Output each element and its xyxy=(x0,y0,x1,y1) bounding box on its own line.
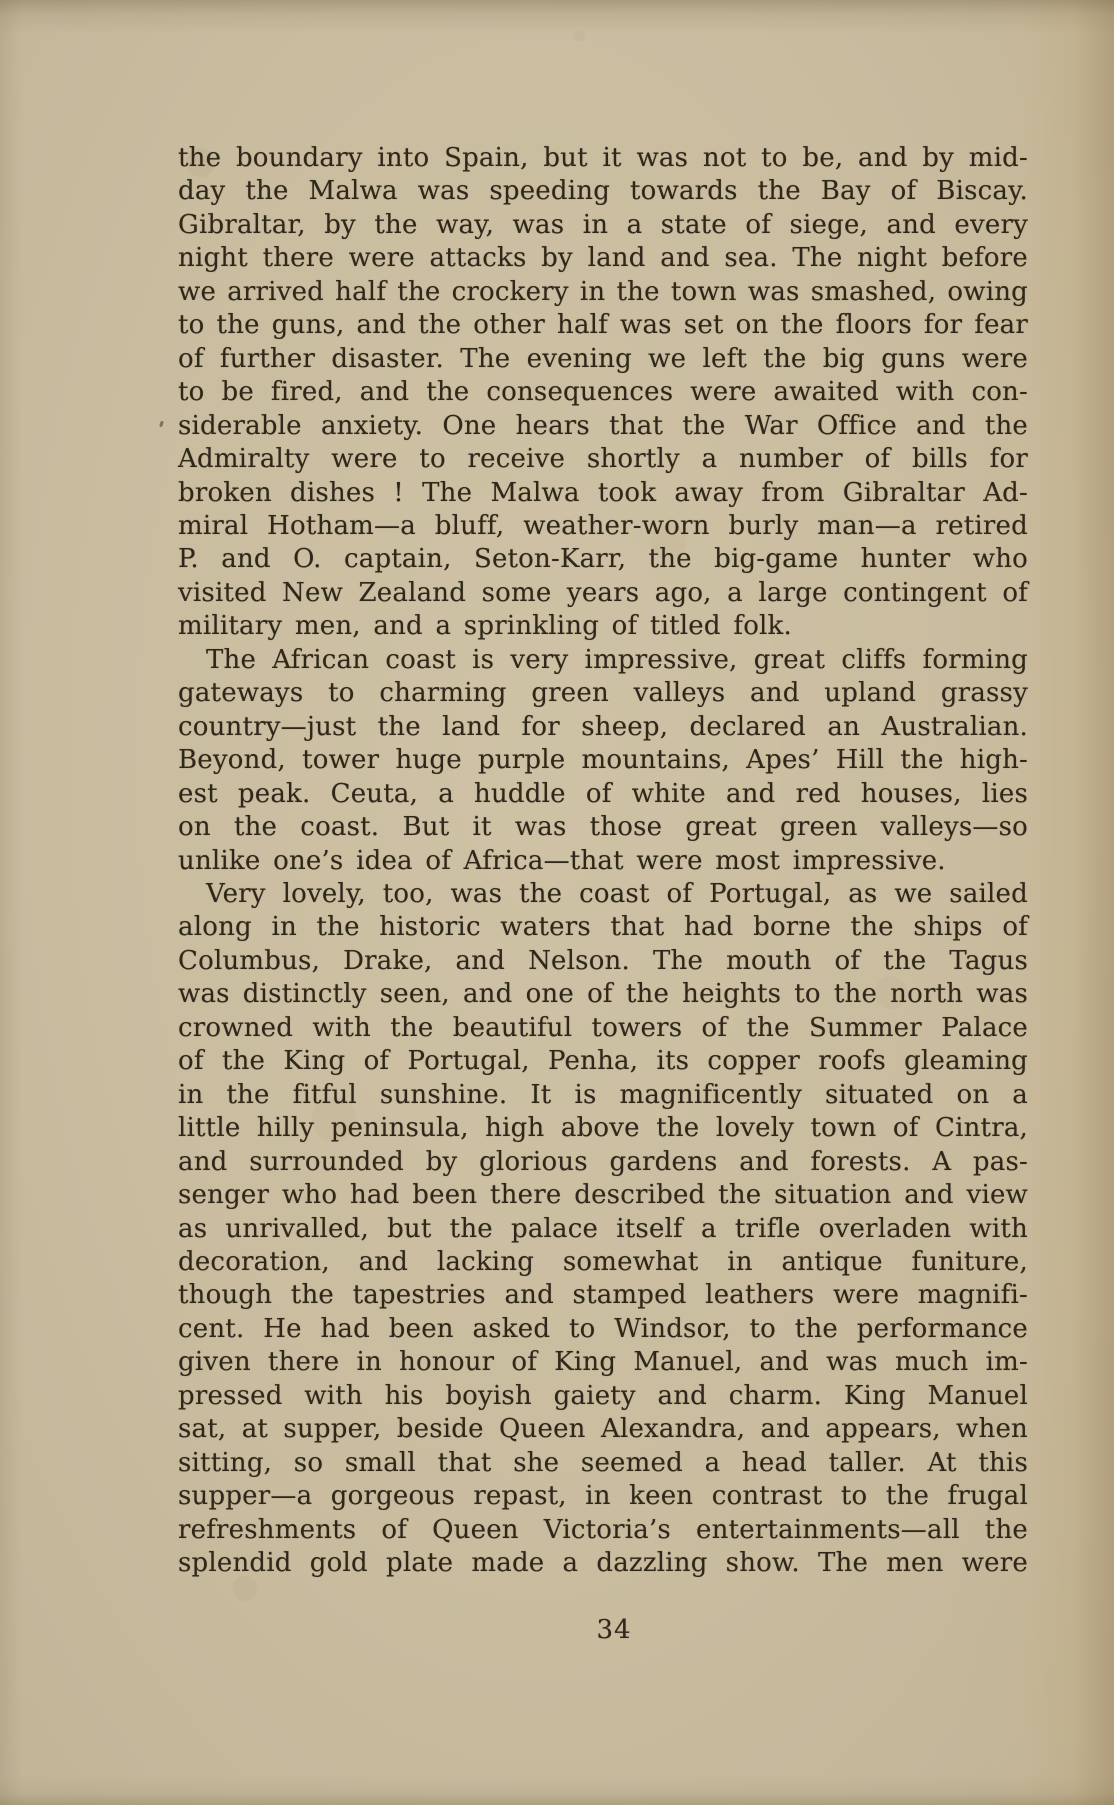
text-line: military men, and a sprinkling of titled… xyxy=(178,610,1028,643)
text-line: Columbus, Drake, and Nelson. The mouth o… xyxy=(178,945,1028,978)
text-line: The African coast is very impressive, gr… xyxy=(178,644,1028,677)
text-line: little hilly peninsula, high above the l… xyxy=(178,1112,1028,1145)
text-line: to be fired, and the consequences were a… xyxy=(178,376,1028,409)
text-line: pressed with his boyish gaiety and charm… xyxy=(178,1380,1028,1413)
text-line: sitting, so small that she seemed a head… xyxy=(178,1447,1028,1480)
text-line: the boundary into Spain, but it was not … xyxy=(178,142,1028,175)
text-line: visited New Zealand some years ago, a la… xyxy=(178,577,1028,610)
text-line: on the coast. But it was those great gre… xyxy=(178,811,1028,844)
text-line: gateways to charming green valleys and u… xyxy=(178,677,1028,710)
text-line: of the King of Portugal, Penha, its copp… xyxy=(178,1045,1028,1078)
text-line: day the Malwa was speeding towards the B… xyxy=(178,175,1028,208)
text-line: crowned with the beautiful towers of the… xyxy=(178,1012,1028,1045)
text-line: of further disaster. The evening we left… xyxy=(178,343,1028,376)
text-line: miral Hotham—a bluff, weather-worn burly… xyxy=(178,510,1028,543)
text-line: along in the historic waters that had bo… xyxy=(178,911,1028,944)
text-line: country—just the land for sheep, declare… xyxy=(178,711,1028,744)
text-line: broken dishes ! The Malwa took away from… xyxy=(178,477,1028,510)
text-line: given there in honour of King Manuel, an… xyxy=(178,1346,1028,1379)
text-line: and surrounded by glorious gardens and f… xyxy=(178,1146,1028,1179)
text-line: senger who had been there described the … xyxy=(178,1179,1028,1212)
page-number: 34 xyxy=(178,1615,1050,1645)
text-line: est peak. Ceuta, a huddle of white and r… xyxy=(178,778,1028,811)
text-line: siderable anxiety. One hears that the Wa… xyxy=(178,410,1028,443)
text-line: supper—a gorgeous repast, in keen contra… xyxy=(178,1480,1028,1513)
text-line: though the tapestries and stamped leathe… xyxy=(178,1279,1028,1312)
text-line: Beyond, tower huge purple mountains, Ape… xyxy=(178,744,1028,777)
text-block: the boundary into Spain, but it was not … xyxy=(178,142,1028,1580)
text-line: to the guns, and the other half was set … xyxy=(178,309,1028,342)
text-line: night there were attacks by land and sea… xyxy=(178,242,1028,275)
text-line: as unrivalled, but the palace itself a t… xyxy=(178,1213,1028,1246)
text-line: Gibraltar, by the way, was in a state of… xyxy=(178,209,1028,242)
text-line: was distinctly seen, and one of the heig… xyxy=(178,978,1028,1011)
text-line: cent. He had been asked to Windsor, to t… xyxy=(178,1313,1028,1346)
text-line: unlike one’s idea of Africa—that were mo… xyxy=(178,845,1028,878)
text-line: we arrived half the crockery in the town… xyxy=(178,276,1028,309)
text-line: sat, at supper, beside Queen Alexandra, … xyxy=(178,1413,1028,1446)
text-line: refreshments of Queen Victoria’s enterta… xyxy=(178,1514,1028,1547)
text-line: Very lovely, too, was the coast of Portu… xyxy=(178,878,1028,911)
text-line: P. and O. captain, Seton-Karr, the big-g… xyxy=(178,543,1028,576)
text-line: Admiralty were to receive shortly a numb… xyxy=(178,443,1028,476)
text-line: in the fitful sunshine. It is magnificen… xyxy=(178,1079,1028,1112)
text-line: decoration, and lacking somewhat in anti… xyxy=(178,1246,1028,1279)
text-line: splendid gold plate made a dazzling show… xyxy=(178,1547,1028,1580)
